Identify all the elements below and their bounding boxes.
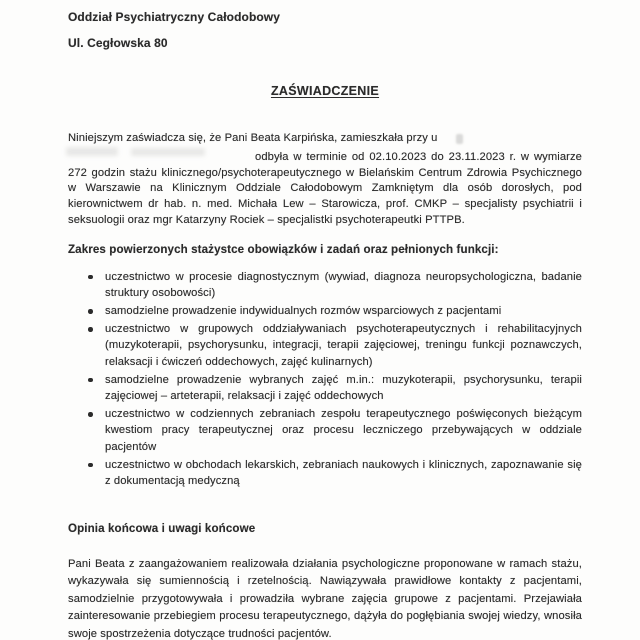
opinion-heading: Opinia końcowa i uwagi końcowe bbox=[68, 521, 582, 536]
duty-item: uczestnictwo w grupowych oddziaływaniach… bbox=[68, 321, 582, 370]
letterhead-address: Ul. Cegłowska 80 bbox=[68, 36, 582, 50]
letterhead-department: Oddział Psychiatryczny Całodobowy bbox=[68, 10, 582, 24]
duty-item: samodzielne prowadzenie wybranych zajęć … bbox=[68, 372, 582, 405]
opinion-paragraph: Pani Beata z zaangażowaniem realizowała … bbox=[68, 556, 582, 640]
duty-item: uczestnictwo w procesie diagnostycznym (… bbox=[68, 269, 582, 302]
document-title: ZAŚWIADCZENIE bbox=[68, 84, 582, 98]
duty-item: samodzielne prowadzenie indywidualnych r… bbox=[68, 303, 582, 319]
intro-continuation-paragraph: odbyła w terminie od 02.10.2023 do 23.11… bbox=[68, 150, 582, 229]
duty-item: uczestnictwo w obchodach lekarskich, zeb… bbox=[68, 457, 582, 490]
intro-first-line: Niniejszym zaświadcza się, że Pani Beata… bbox=[68, 131, 582, 147]
duty-item: uczestnictwo w codziennych zebraniach ze… bbox=[68, 406, 582, 455]
letterhead: Oddział Psychiatryczny Całodobowy Ul. Ce… bbox=[68, 10, 582, 50]
duties-list: uczestnictwo w procesie diagnostycznym (… bbox=[68, 269, 582, 490]
certificate-document-page: Oddział Psychiatryczny Całodobowy Ul. Ce… bbox=[0, 0, 640, 640]
duties-heading: Zakres powierzonych stażystce obowiązków… bbox=[68, 242, 582, 257]
